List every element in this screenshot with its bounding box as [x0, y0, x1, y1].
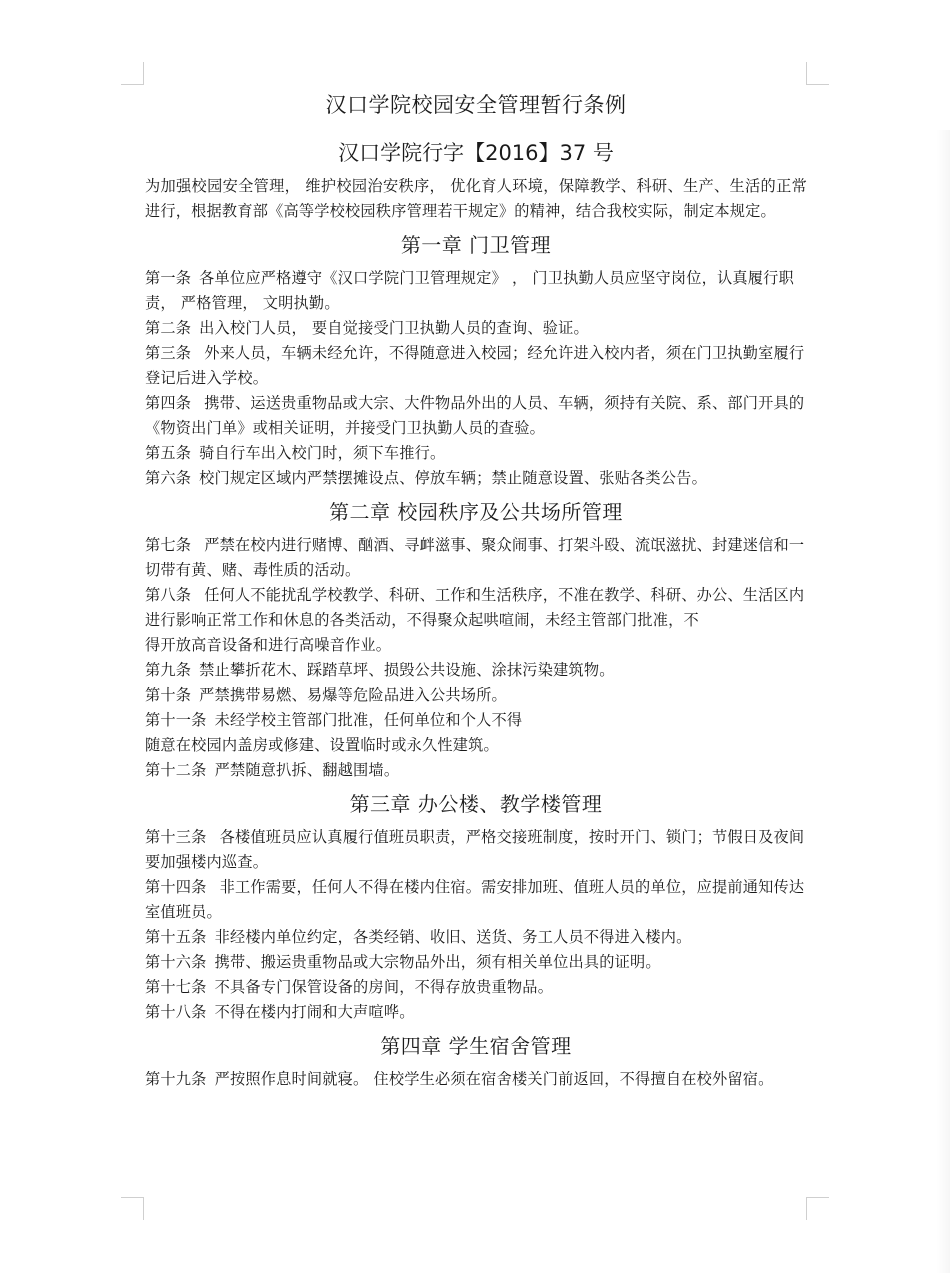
article-text: 骑自行车出入校门时，须下车推行。	[199, 444, 445, 462]
chapter-title: 第一章 门卫管理	[145, 230, 807, 260]
article-9: 第九条禁止攀折花木、踩踏草坪、损毁公共设施、涂抹污染建筑物。	[145, 658, 807, 683]
crop-mark-top-right	[806, 62, 829, 85]
crop-mark-bottom-right	[806, 1197, 829, 1220]
article-number: 第十三条	[145, 828, 207, 846]
article-11: 第十一条未经学校主管部门批准，任何单位和个人不得	[145, 708, 807, 733]
article-16: 第十六条携带、搬运贵重物品或大宗物品外出，须有相关单位出具的证明。	[145, 950, 807, 975]
article-2: 第二条出入校门人员， 要自觉接受门卫执勤人员的查询、验证。	[145, 316, 807, 341]
article-number: 第十五条	[145, 928, 207, 946]
article-number: 第十四条	[145, 878, 207, 896]
article-number: 第一条	[145, 269, 191, 287]
article-6: 第六条校门规定区域内严禁摆摊设点、停放车辆；禁止随意设置、张贴各类公告。	[145, 466, 807, 491]
article-number: 第十九条	[145, 1070, 207, 1088]
article-number: 第四条	[145, 394, 191, 412]
article-1: 第一条各单位应严格遵守《汉口学院门卫管理规定》 ， 门卫执勤人员应坚守岗位，认真…	[145, 266, 807, 316]
article-text: 严禁携带易燃、易爆等危险品进入公共场所。	[199, 686, 507, 704]
article-19: 第十九条严按照作息时间就寝。 住校学生必须在宿舍楼关门前返回，不得擅自在校外留宿…	[145, 1067, 807, 1092]
article-text: 禁止攀折花木、踩踏草坪、损毁公共设施、涂抹污染建筑物。	[199, 661, 614, 679]
article-12: 第十二条严禁随意扒拆、翻越围墙。	[145, 758, 807, 783]
article-number: 第十一条	[145, 711, 207, 729]
document-number: 汉口学院行字【2016】37 号	[145, 136, 807, 170]
article-number: 第五条	[145, 444, 191, 462]
article-number: 第十条	[145, 686, 191, 704]
chapter-4: 第四章 学生宿舍管理 第十九条严按照作息时间就寝。 住校学生必须在宿舍楼关门前返…	[145, 1031, 807, 1092]
page-edge-shadow	[936, 130, 950, 1273]
article-text: 不具备专门保管设备的房间，不得存放贵重物品。	[215, 978, 554, 996]
intro-paragraph: 为加强校园安全管理， 维护校园治安秩序， 优化育人环境，保障教学、科研、生产、生…	[145, 174, 807, 224]
article-text: 未经学校主管部门批准，任何单位和个人不得	[215, 711, 523, 729]
article-15: 第十五条非经楼内单位约定，各类经销、收旧、送货、务工人员不得进入楼内。	[145, 925, 807, 950]
article-number: 第八条	[145, 586, 191, 604]
article-number: 第十七条	[145, 978, 207, 996]
article-3: 第三条 外来人员，车辆未经允许，不得随意进入校园；经允许进入校内者，须在门卫执勤…	[145, 341, 807, 391]
document-title: 汉口学院校园安全管理暂行条例	[145, 88, 807, 122]
article-text: 任何人不能扰乱学校教学、科研、工作和生活秩序，不准在教学、科研、办公、生活区内进…	[145, 586, 804, 629]
article-text: 不得在楼内打闹和大声喧哗。	[215, 1003, 415, 1021]
article-text: 各单位应严格遵守《汉口学院门卫管理规定》 ， 门卫执勤人员应坚守岗位，认真履行职…	[145, 269, 794, 312]
crop-mark-bottom-left	[121, 1197, 144, 1220]
article-number: 第九条	[145, 661, 191, 679]
chapter-3: 第三章 办公楼、教学楼管理 第十三条 各楼值班员应认真履行值班员职责，严格交接班…	[145, 789, 807, 1025]
article-10: 第十条严禁携带易燃、易爆等危险品进入公共场所。	[145, 683, 807, 708]
article-text: 各楼值班员应认真履行值班员职责，严格交接班制度，按时开门、锁门；节假日及夜间要加…	[145, 828, 804, 871]
article-13: 第十三条 各楼值班员应认真履行值班员职责，严格交接班制度，按时开门、锁门；节假日…	[145, 825, 807, 875]
article-7: 第七条 严禁在校内进行赌博、酗酒、寻衅滋事、聚众闹事、打架斗殴、流氓滋扰、封建迷…	[145, 533, 807, 583]
chapter-title: 第二章 校园秩序及公共场所管理	[145, 497, 807, 527]
article-text: 出入校门人员， 要自觉接受门卫执勤人员的查询、验证。	[199, 319, 589, 337]
article-number: 第十六条	[145, 953, 207, 971]
article-8: 第八条 任何人不能扰乱学校教学、科研、工作和生活秩序，不准在教学、科研、办公、生…	[145, 583, 807, 633]
article-text: 严禁在校内进行赌博、酗酒、寻衅滋事、聚众闹事、打架斗殴、流氓滋扰、封建迷信和一切…	[145, 536, 804, 579]
article-number: 第七条	[145, 536, 191, 554]
chapter-1: 第一章 门卫管理 第一条各单位应严格遵守《汉口学院门卫管理规定》 ， 门卫执勤人…	[145, 230, 807, 491]
article-number: 第三条	[145, 344, 191, 362]
chapter-2: 第二章 校园秩序及公共场所管理 第七条 严禁在校内进行赌博、酗酒、寻衅滋事、聚众…	[145, 497, 807, 783]
article-text: 非经楼内单位约定，各类经销、收旧、送货、务工人员不得进入楼内。	[215, 928, 692, 946]
article-number: 第十八条	[145, 1003, 207, 1021]
article-text: 外来人员，车辆未经允许，不得随意进入校园；经允许进入校内者，须在门卫执勤室履行登…	[145, 344, 804, 387]
article-text: 校门规定区域内严禁摆摊设点、停放车辆；禁止随意设置、张贴各类公告。	[199, 469, 707, 487]
chapter-title: 第三章 办公楼、教学楼管理	[145, 789, 807, 819]
article-text: 携带、搬运贵重物品或大宗物品外出，须有相关单位出具的证明。	[215, 953, 661, 971]
article-18: 第十八条不得在楼内打闹和大声喧哗。	[145, 1000, 807, 1025]
crop-mark-top-left	[121, 62, 144, 85]
document-body: 汉口学院校园安全管理暂行条例 汉口学院行字【2016】37 号 为加强校园安全管…	[145, 88, 807, 1092]
article-text: 严按照作息时间就寝。 住校学生必须在宿舍楼关门前返回，不得擅自在校外留宿。	[215, 1070, 774, 1088]
article-17: 第十七条不具备专门保管设备的房间，不得存放贵重物品。	[145, 975, 807, 1000]
article-text: 非工作需要，任何人不得在楼内住宿。需安排加班、值班人员的单位，应提前通知传达室值…	[145, 878, 804, 921]
article-14: 第十四条 非工作需要，任何人不得在楼内住宿。需安排加班、值班人员的单位，应提前通…	[145, 875, 807, 925]
article-4: 第四条 携带、运送贵重物品或大宗、大件物品外出的人员、车辆，须持有关院、系、部门…	[145, 391, 807, 441]
article-5: 第五条骑自行车出入校门时，须下车推行。	[145, 441, 807, 466]
article-11-continuation: 随意在校园内盖房或修建、设置临时或永久性建筑。	[145, 733, 807, 758]
article-number: 第二条	[145, 319, 191, 337]
article-number: 第十二条	[145, 761, 207, 779]
article-text: 严禁随意扒拆、翻越围墙。	[215, 761, 400, 779]
article-8-continuation: 得开放高音设备和进行高噪音作业。	[145, 633, 807, 658]
article-text: 携带、运送贵重物品或大宗、大件物品外出的人员、车辆，须持有关院、系、部门开具的《…	[145, 394, 804, 437]
chapter-title: 第四章 学生宿舍管理	[145, 1031, 807, 1061]
article-number: 第六条	[145, 469, 191, 487]
